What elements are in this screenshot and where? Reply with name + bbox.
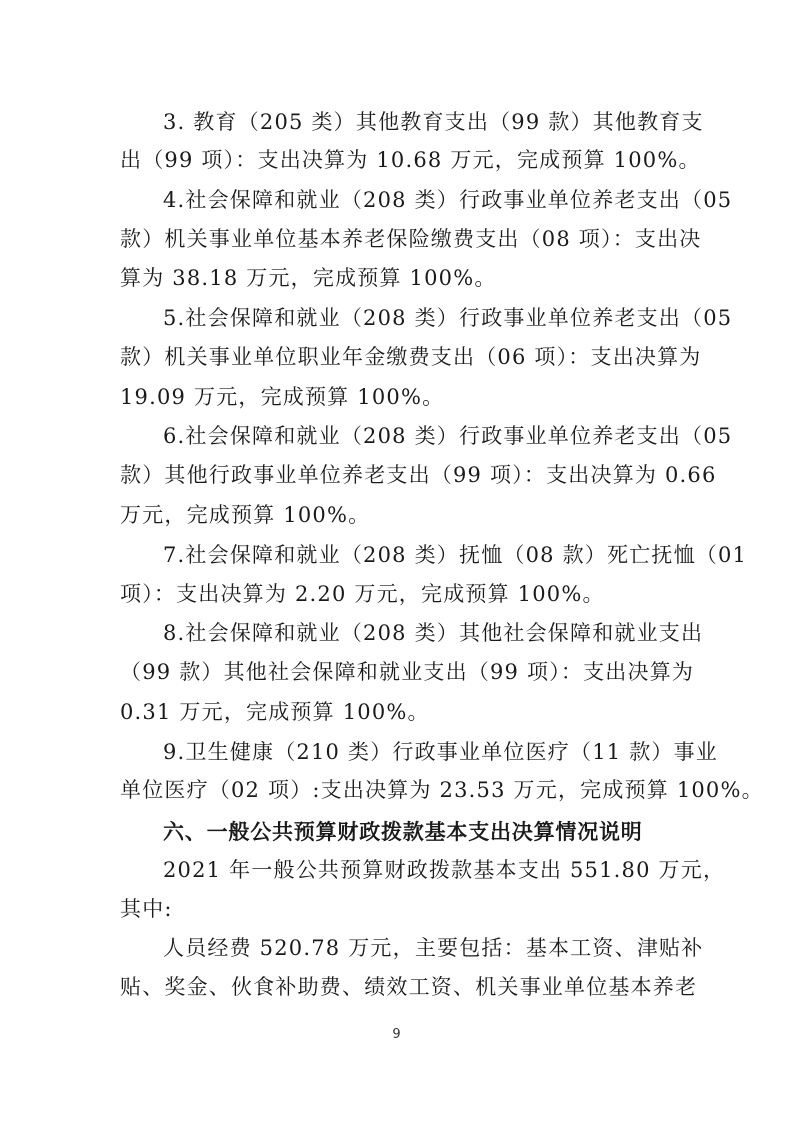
paragraph-line: 8.社会保障和就业（208 类）其他社会保障和就业支出: [163, 620, 675, 646]
page-number: 9: [0, 1027, 793, 1042]
paragraph-line: 款）机关事业单位基本养老保险缴费支出（08 项）：支出决: [120, 226, 675, 252]
paragraph-line: 4.社会保障和就业（208 类）行政事业单位养老支出（05: [163, 187, 675, 213]
paragraph-line: 万元，完成预算 100%。: [120, 502, 675, 528]
paragraph-line: 7.社会保障和就业（208 类）抚恤（08 款）死亡抚恤（01: [163, 542, 675, 568]
paragraph-line: 0.31 万元，完成预算 100%。: [120, 699, 675, 725]
paragraph-line: 2021 年一般公共预算财政拨款基本支出 551.80 万元，: [163, 857, 675, 883]
paragraph-line: 5.社会保障和就业（208 类）行政事业单位养老支出（05: [163, 305, 675, 331]
paragraph-line: 3. 教育（205 类）其他教育支出（99 款）其他教育支: [163, 109, 675, 135]
paragraph-line: 算为 38.18 万元，完成预算 100%。: [120, 265, 675, 291]
paragraph-line: 19.09 万元，完成预算 100%。: [120, 384, 675, 410]
paragraph-line: 项）：支出决算为 2.20 万元，完成预算 100%。: [120, 581, 675, 607]
document-page: 3. 教育（205 类）其他教育支出（99 款）其他教育支出（99 项）：支出决…: [0, 0, 793, 1122]
paragraph-line: 6.社会保障和就业（208 类）行政事业单位养老支出（05: [163, 423, 675, 449]
section-heading: 六、一般公共预算财政拨款基本支出决算情况说明: [163, 819, 675, 845]
paragraph-line: 出（99 项）：支出决算为 10.68 万元，完成预算 100%。: [120, 147, 675, 173]
paragraph-line: 款）机关事业单位职业年金缴费支出（06 项）：支出决算为: [120, 344, 675, 370]
paragraph-line: 贴、奖金、伙食补助费、绩效工资、机关事业单位基本养老: [120, 974, 675, 1000]
paragraph-line: 人员经费 520.78 万元，主要包括：基本工资、津贴补: [163, 935, 675, 961]
paragraph-line: 9.卫生健康（210 类）行政事业单位医疗（11 款）事业: [163, 739, 675, 765]
paragraph-line: 款）其他行政事业单位养老支出（99 项）：支出决算为 0.66: [120, 462, 675, 488]
paragraph-line: 其中:: [120, 896, 675, 922]
paragraph-line: （99 款）其他社会保障和就业支出（99 项）：支出决算为: [120, 659, 675, 685]
paragraph-line: 单位医疗（02 项）:支出决算为 23.53 万元，完成预算 100%。: [120, 777, 675, 803]
